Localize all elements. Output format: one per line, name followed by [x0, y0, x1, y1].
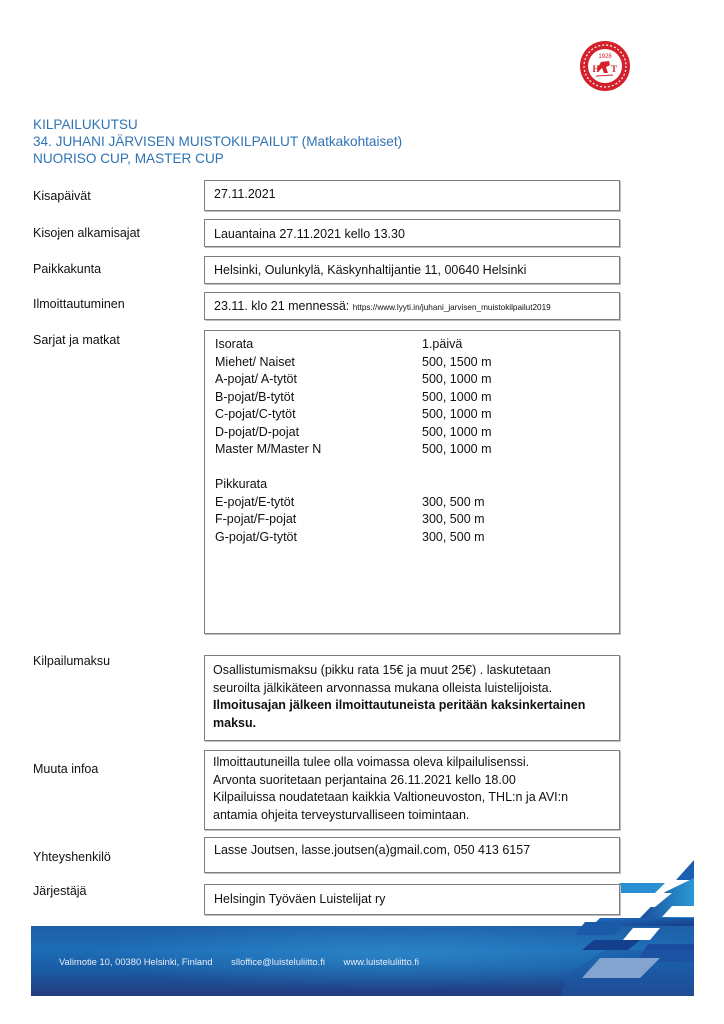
footer-contact: Valimotie 10, 00380 Helsinki, Finland sl… [59, 956, 435, 967]
series-row: F-pojat/F-pojat300, 500 m [215, 511, 492, 529]
svg-text:1928: 1928 [598, 54, 612, 60]
svg-text:T: T [611, 64, 617, 74]
footer-email[interactable]: slloffice@luisteluliitto.fi [231, 956, 325, 967]
isorata-heading: Isorata [215, 336, 422, 354]
spacer [215, 459, 492, 477]
jarjestaja-label: Järjestäjä [33, 884, 87, 898]
footer-banner: Valimotie 10, 00380 Helsinki, Finland sl… [31, 926, 694, 996]
pikkurata-header-row: Pikkurata [215, 476, 492, 494]
text-line: Osallistumismaksu (pikku rata 15€ ja muu… [213, 662, 619, 680]
paikkakunta-label: Paikkakunta [33, 262, 101, 276]
series-class: G-pojat/G-tytöt [215, 529, 422, 547]
series-class: F-pojat/F-pojat [215, 511, 422, 529]
text-line: seuroilta jälkikäteen arvonnassa mukana … [213, 680, 619, 698]
registration-link[interactable]: https://www.lyyti.in/juhani_jarvisen_mui… [353, 303, 551, 312]
series-class: C-pojat/C-tytöt [215, 406, 422, 424]
series-class: E-pojat/E-tytöt [215, 494, 422, 512]
yhteyshenkilo-label: Yhteyshenkilö [33, 850, 111, 864]
series-distances: 500, 1000 m [422, 406, 492, 424]
series-distances: 500, 1000 m [422, 371, 492, 389]
alkamisajat-box: Lauantaina 27.11.2021 kello 13.30 [204, 219, 620, 247]
kilpailumaksu-box: Osallistumismaksu (pikku rata 15€ ja muu… [204, 655, 620, 741]
yhteyshenkilo-value: Lasse Joutsen, lasse.joutsen(a)gmail.com… [205, 838, 619, 857]
text-line-bold: Ilmoitusajan jälkeen ilmoittautuneista p… [213, 697, 619, 715]
series-class: D-pojat/D-pojat [215, 424, 422, 442]
series-class: Master M/Master N [215, 441, 422, 459]
series-row: E-pojat/E-tytöt300, 500 m [215, 494, 492, 512]
muuta-infoa-label: Muuta infoa [33, 762, 98, 776]
alkamisajat-value: Lauantaina 27.11.2021 kello 13.30 [205, 220, 619, 241]
sarjat-label: Sarjat ja matkat [33, 333, 120, 347]
series-row: A-pojat/ A-tytöt500, 1000 m [215, 371, 492, 389]
footer-address: Valimotie 10, 00380 Helsinki, Finland [59, 956, 213, 967]
title-line: NUORISO CUP, MASTER CUP [33, 150, 402, 167]
paikkakunta-box: Helsinki, Oulunkylä, Käskynhaltijantie 1… [204, 256, 620, 284]
series-class: B-pojat/B-tytöt [215, 389, 422, 407]
kisapaivat-value: 27.11.2021 [205, 181, 619, 201]
kilpailumaksu-label: Kilpailumaksu [33, 654, 110, 668]
sarjat-box: Isorata 1.päivä Miehet/ Naiset500, 1500 … [204, 330, 620, 634]
document-title: KILPAILUKUTSU 34. JUHANI JÄRVISEN MUISTO… [33, 116, 402, 167]
ilmoittautuminen-box: 23.11. klo 21 mennessä: https://www.lyyt… [204, 292, 620, 320]
club-logo-icon: 1928 H T [579, 40, 631, 92]
footer-website[interactable]: www.luisteluliitto.fi [344, 956, 420, 967]
series-distances: 500, 1500 m [422, 354, 492, 372]
kisapaivat-box: 27.11.2021 [204, 180, 620, 211]
series-row: G-pojat/G-tytöt300, 500 m [215, 529, 492, 547]
text-line: Ilmoittautuneilla tulee olla voimassa ol… [213, 754, 619, 772]
series-row: B-pojat/B-tytöt500, 1000 m [215, 389, 492, 407]
text-line: antamia ohjeita terveysturvalliseen toim… [213, 807, 619, 825]
kisapaivat-label: Kisapäivät [33, 189, 91, 203]
series-distances: 500, 1000 m [422, 424, 492, 442]
ilmoittautuminen-value: 23.11. klo 21 mennessä: https://www.lyyt… [205, 293, 619, 313]
paikkakunta-value: Helsinki, Oulunkylä, Käskynhaltijantie 1… [205, 257, 619, 277]
series-row: Miehet/ Naiset500, 1500 m [215, 354, 492, 372]
series-distances: 500, 1000 m [422, 389, 492, 407]
muuta-infoa-text: Ilmoittautuneilla tulee olla voimassa ol… [205, 751, 619, 824]
alkamisajat-label: Kisojen alkamisajat [33, 226, 140, 240]
series-row: C-pojat/C-tytöt500, 1000 m [215, 406, 492, 424]
series-table: Isorata 1.päivä Miehet/ Naiset500, 1500 … [215, 336, 492, 546]
kilpailumaksu-text: Osallistumismaksu (pikku rata 15€ ja muu… [205, 656, 619, 732]
jarjestaja-value: Helsingin Työväen Luistelijat ry [205, 885, 619, 906]
series-distances: 300, 500 m [422, 494, 485, 512]
muuta-infoa-box: Ilmoittautuneilla tulee olla voimassa ol… [204, 750, 620, 830]
text-line-bold: maksu. [213, 715, 619, 733]
ilmoittautuminen-label: Ilmoittautuminen [33, 297, 125, 311]
text-line: Arvonta suoritetaan perjantaina 26.11.20… [213, 772, 619, 790]
text-line: Kilpailuissa noudatetaan kaikkia Valtion… [213, 789, 619, 807]
title-line: KILPAILUKUTSU [33, 116, 402, 133]
series-class: A-pojat/ A-tytöt [215, 371, 422, 389]
title-line: 34. JUHANI JÄRVISEN MUISTOKILPAILUT (Mat… [33, 133, 402, 150]
yhteyshenkilo-box: Lasse Joutsen, lasse.joutsen(a)gmail.com… [204, 837, 620, 873]
series-distances: 300, 500 m [422, 529, 485, 547]
club-logo: 1928 H T [579, 40, 631, 92]
deadline-text: 23.11. klo 21 mennessä: [214, 299, 353, 313]
series-class: Miehet/ Naiset [215, 354, 422, 372]
series-distances: 300, 500 m [422, 511, 485, 529]
day-heading: 1.päivä [422, 336, 462, 354]
series-row: D-pojat/D-pojat500, 1000 m [215, 424, 492, 442]
series-header-row: Isorata 1.päivä [215, 336, 492, 354]
series-distances: 500, 1000 m [422, 441, 492, 459]
jarjestaja-box: Helsingin Työväen Luistelijat ry [204, 884, 620, 915]
series-row: Master M/Master N500, 1000 m [215, 441, 492, 459]
pikkurata-heading: Pikkurata [215, 476, 422, 494]
